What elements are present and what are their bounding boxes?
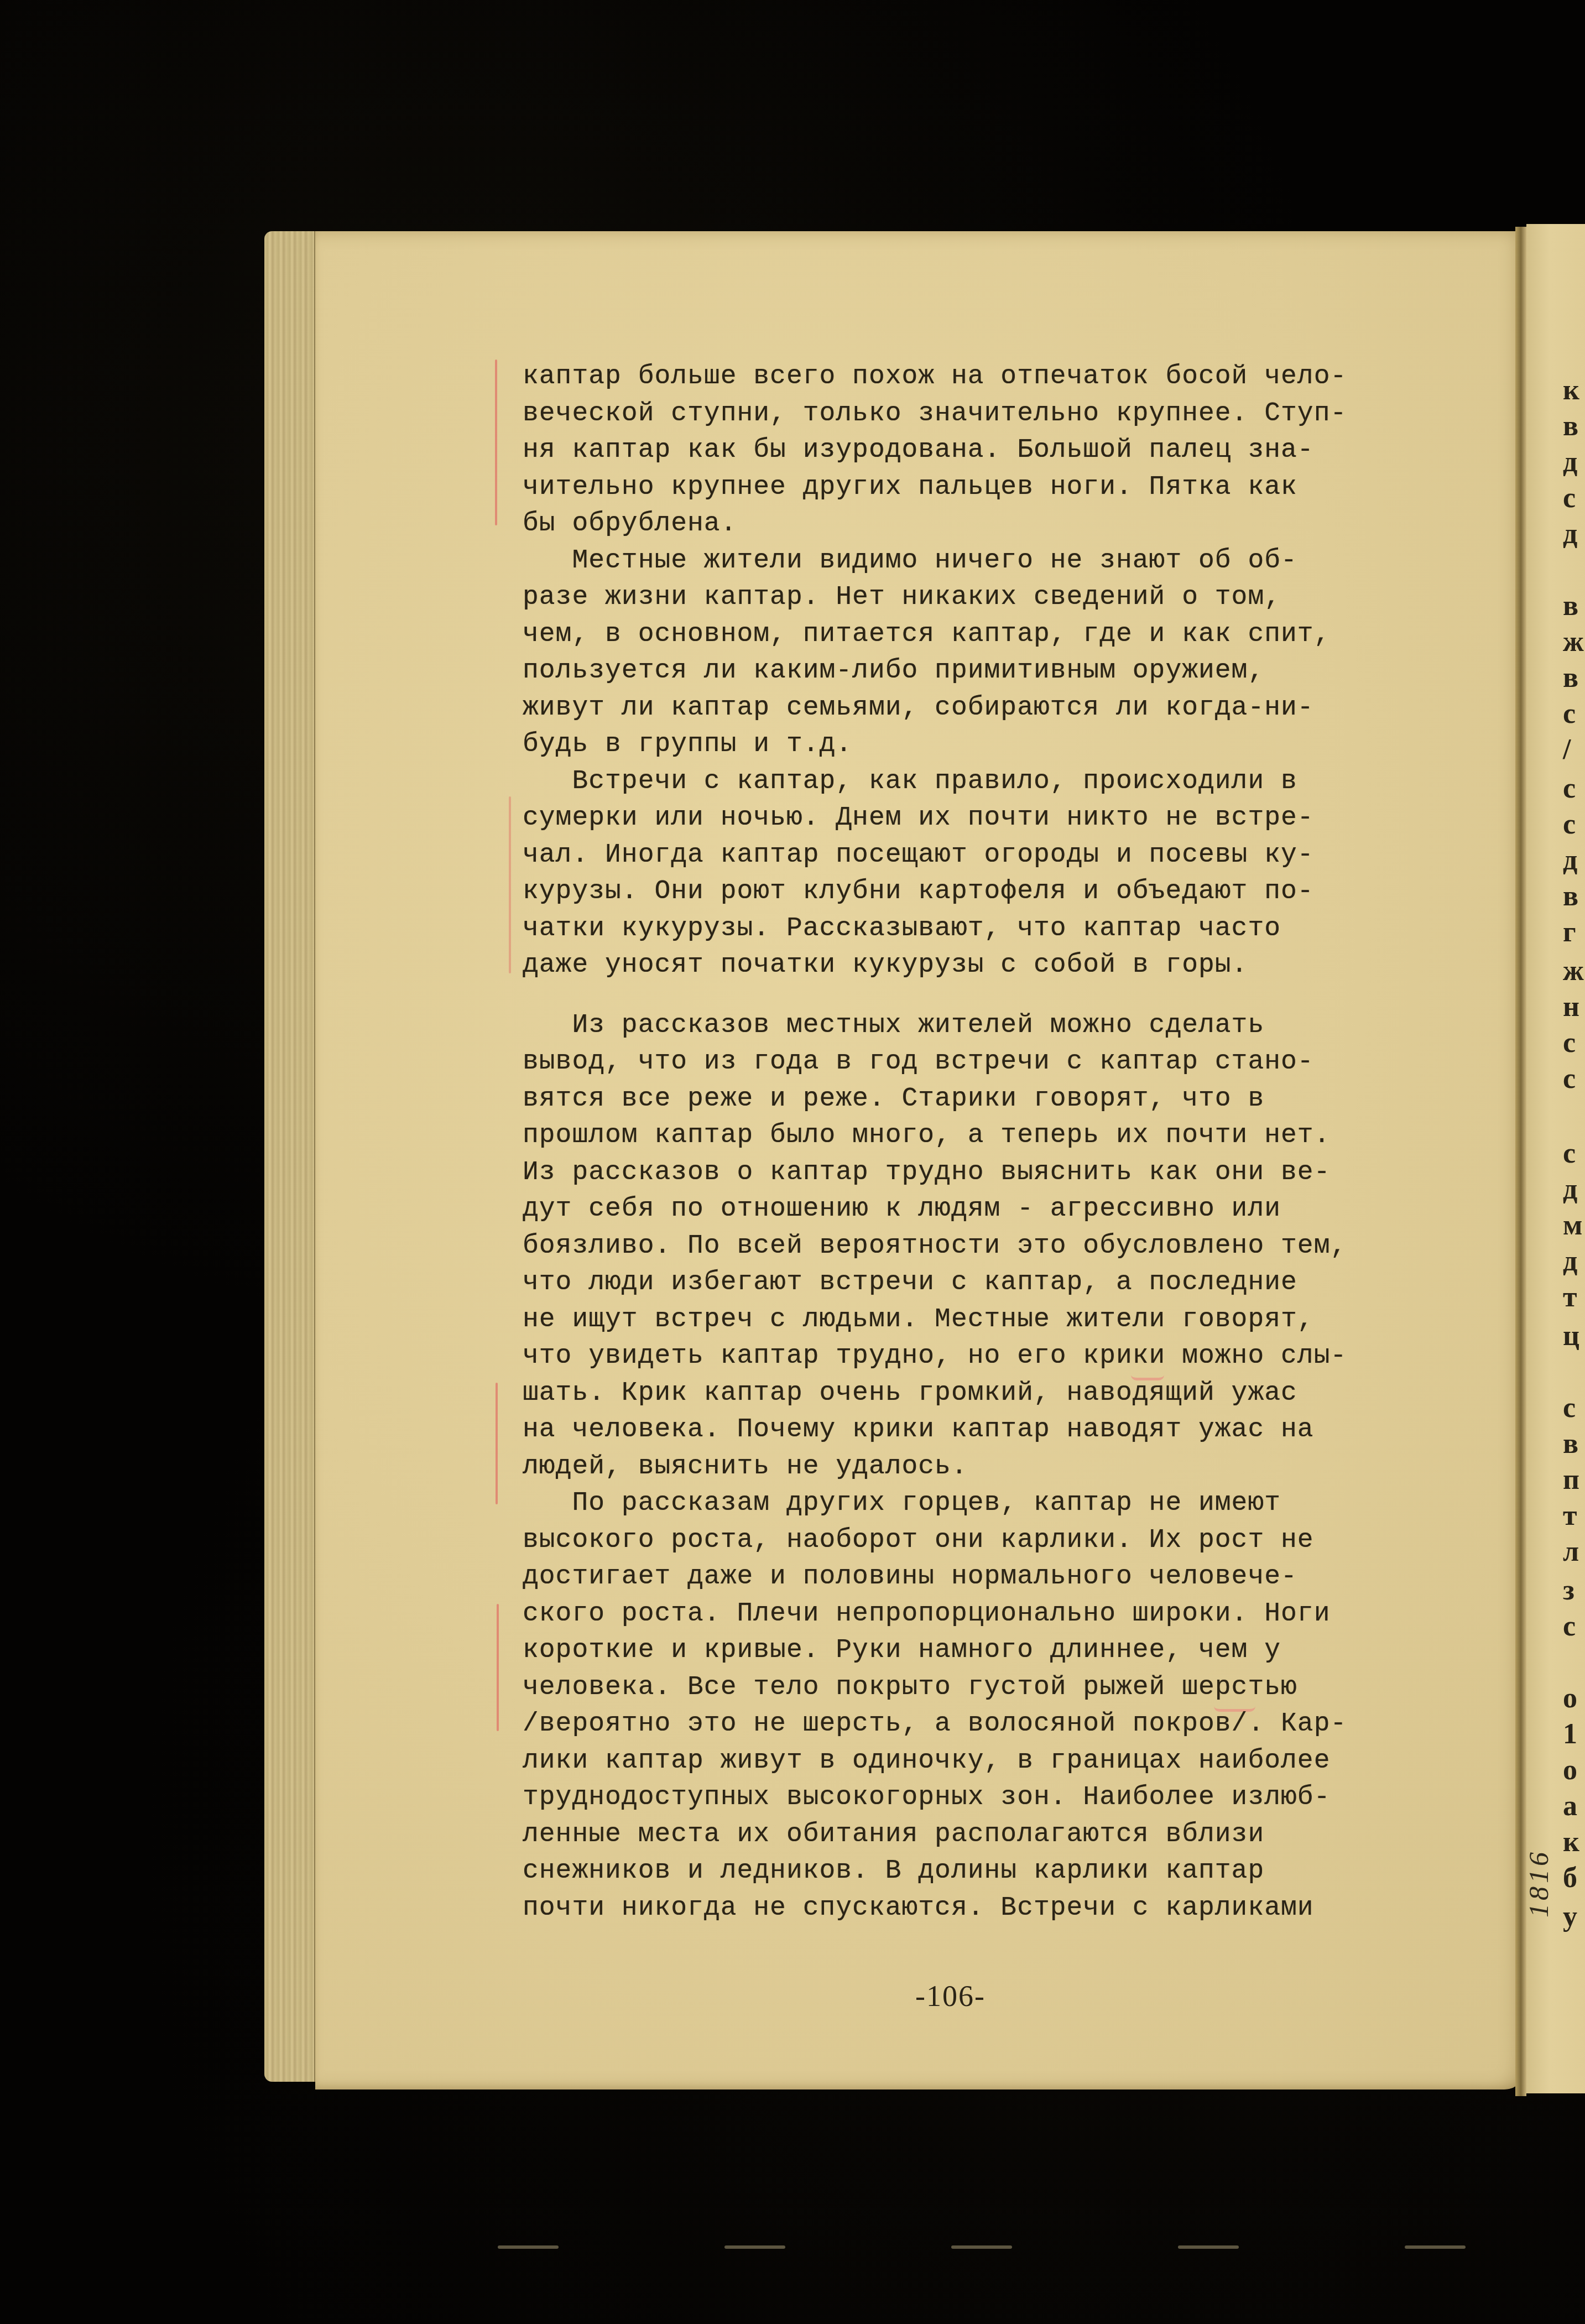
- text-line: ленные места их обитания располагаются в…: [523, 1816, 1485, 1853]
- text-line: живут ли каптар семьями, собираются ли к…: [523, 690, 1485, 727]
- text-line: что люди избегают встречи с каптар, а по…: [523, 1264, 1485, 1301]
- adjacent-page-letter: м: [1563, 1211, 1582, 1240]
- text-line: будь в группы и т.д.: [523, 726, 1485, 763]
- text-line: труднодоступных высокогорных зон. Наибол…: [523, 1779, 1485, 1816]
- adjacent-page-letter: з: [1563, 1576, 1574, 1605]
- adjacent-page-letter: ц: [1563, 1322, 1579, 1351]
- text-line: высокого роста, наоборот они карлики. Их…: [523, 1522, 1485, 1559]
- margin-annotation-mark: [496, 1383, 498, 1504]
- adjacent-page-letter: с: [1563, 774, 1576, 803]
- margin-annotation-mark: [509, 796, 511, 973]
- adjacent-page-letter: в: [1563, 412, 1578, 441]
- adjacent-page-edge: квдсдвжвс/ссдвгжнсссдмдтцсвптлзсо1оакбу: [1526, 224, 1585, 2093]
- text-line: что увидеть каптар трудно, но его крики …: [523, 1338, 1485, 1375]
- text-line: чительно крупнее других пальцев ноги. Пя…: [523, 469, 1485, 506]
- adjacent-page-letter: т: [1563, 1283, 1577, 1312]
- page-number: -106-: [915, 1979, 986, 2013]
- adjacent-page-letter: д: [1563, 1175, 1577, 1204]
- archive-stamp: 1816: [1522, 1847, 1555, 1919]
- text-line: сумерки или ночью. Днем их почти никто н…: [523, 800, 1485, 837]
- text-line: чем, в основном, питается каптар, где и …: [523, 616, 1485, 653]
- adjacent-page-letter: о: [1563, 1684, 1577, 1713]
- adjacent-page-letter: с: [1563, 810, 1576, 839]
- text-line: боязливо. По всей вероятности это обусло…: [523, 1228, 1485, 1265]
- text-line: [523, 984, 1485, 1007]
- text-line: пользуется ли каким-либо примитивным ору…: [523, 653, 1485, 690]
- adjacent-page-letter: а: [1563, 1792, 1577, 1821]
- text-line: дут себя по отношению к людям - агрессив…: [523, 1191, 1485, 1228]
- text-line: почти никогда не спускаются. Встречи с к…: [523, 1890, 1485, 1927]
- text-line: бы обрублена.: [523, 506, 1485, 543]
- typewritten-body-text: каптар больше всего похож на отпечаток б…: [523, 358, 1485, 1926]
- text-line: лики каптар живут в одиночку, в границах…: [523, 1743, 1485, 1780]
- adjacent-page-letter: с: [1563, 1394, 1576, 1422]
- scan-calibration-marks: [498, 2245, 1466, 2249]
- adjacent-page-letter: н: [1563, 993, 1579, 1022]
- page-stack-edge: [264, 231, 315, 2082]
- adjacent-page-letter: д: [1563, 1247, 1577, 1276]
- text-line: людей, выяснить не удалось.: [523, 1448, 1485, 1486]
- text-line: По рассказам других горцев, каптар не им…: [523, 1485, 1485, 1522]
- text-line: снежников и ледников. В долины карлики к…: [523, 1853, 1485, 1890]
- adjacent-page-letter: к: [1563, 1828, 1579, 1857]
- text-line: достигает даже и половины нормального че…: [523, 1559, 1485, 1596]
- text-line: веческой ступни, только значительно круп…: [523, 395, 1485, 433]
- book-gutter: [1515, 227, 1526, 2096]
- adjacent-page-letter: с: [1563, 1065, 1576, 1093]
- adjacent-page-letter: в: [1563, 1430, 1578, 1458]
- text-line: /вероятно это не шерсть, а волосяной пок…: [523, 1706, 1485, 1743]
- text-line: Встречи с каптар, как правило, происходи…: [523, 763, 1485, 800]
- adjacent-page-letter: ж: [1563, 957, 1584, 986]
- text-line: ня каптар как бы изуродована. Большой па…: [523, 432, 1485, 469]
- adjacent-page-letter: с: [1563, 700, 1576, 728]
- text-line: на человека. Почему крики каптар наводят…: [523, 1411, 1485, 1448]
- text-line: курузы. Они роют клубни картофеля и объе…: [523, 873, 1485, 910]
- text-line: прошлом каптар было много, а теперь их п…: [523, 1117, 1485, 1154]
- adjacent-page-letter: у: [1563, 1903, 1577, 1931]
- text-line: каптар больше всего похож на отпечаток б…: [523, 358, 1485, 395]
- text-line: Местные жители видимо ничего не знают об…: [523, 543, 1485, 580]
- margin-annotation-mark: [497, 1604, 499, 1731]
- margin-annotation-mark: [495, 359, 497, 525]
- adjacent-page-letter: п: [1563, 1466, 1579, 1494]
- adjacent-page-letter: л: [1563, 1538, 1579, 1566]
- adjacent-page-letter: с: [1563, 484, 1576, 513]
- text-line: не ищут встреч с людьми. Местные жители …: [523, 1301, 1485, 1338]
- text-line: ского роста. Плечи непропорционально шир…: [523, 1596, 1485, 1633]
- adjacent-page-letter: с: [1563, 1139, 1576, 1168]
- adjacent-page-letter: в: [1563, 882, 1578, 911]
- adjacent-page-letter: о: [1563, 1756, 1577, 1785]
- text-line: даже уносят початки кукурузы с собой в г…: [523, 947, 1485, 984]
- text-line: вывод, что из года в год встречи с капта…: [523, 1044, 1485, 1081]
- adjacent-page-letter: с: [1563, 1612, 1576, 1641]
- adjacent-page-letter: к: [1563, 376, 1579, 405]
- adjacent-page-letter: ж: [1563, 628, 1584, 656]
- text-line: чал. Иногда каптар посещают огороды и по…: [523, 837, 1485, 874]
- text-line: чатки кукурузы. Рассказывают, что каптар…: [523, 910, 1485, 947]
- adjacent-page-letter: д: [1563, 520, 1577, 549]
- text-line: короткие и кривые. Руки намного длиннее,…: [523, 1632, 1485, 1669]
- adjacent-page-letter: в: [1563, 664, 1578, 692]
- text-line: Из рассказов о каптар трудно выяснить ка…: [523, 1154, 1485, 1191]
- adjacent-page-letter: 1: [1563, 1720, 1577, 1749]
- text-line: человека. Все тело покрыто густой рыжей …: [523, 1669, 1485, 1706]
- adjacent-page-letter: в: [1563, 592, 1578, 621]
- adjacent-page-letter: г: [1563, 918, 1576, 947]
- adjacent-page-letter: с: [1563, 1029, 1576, 1057]
- archive-stamp-number: 1816: [1523, 1849, 1555, 1917]
- adjacent-page-letter: д: [1563, 846, 1577, 875]
- adjacent-page-letter: д: [1563, 448, 1577, 477]
- adjacent-page-letter: /: [1563, 736, 1571, 764]
- adjacent-page-letter: т: [1563, 1502, 1577, 1530]
- text-line: вятся все реже и реже. Старики говорят, …: [523, 1081, 1485, 1118]
- text-line: Из рассказов местных жителей можно сдела…: [523, 1007, 1485, 1044]
- adjacent-page-letter: б: [1563, 1864, 1577, 1893]
- text-line: разе жизни каптар. Нет никаких сведений …: [523, 579, 1485, 616]
- text-line: шать. Крик каптар очень громкий, наводящ…: [523, 1375, 1485, 1412]
